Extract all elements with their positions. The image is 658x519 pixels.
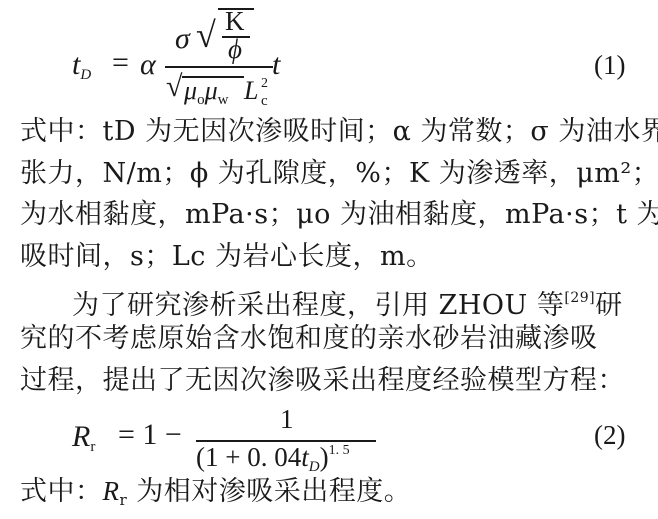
eq1-K: K: [225, 6, 245, 37]
eq1-L: L: [244, 76, 258, 106]
eq1-equals: =: [112, 46, 129, 80]
eq1-num-sqrt-icon: √: [196, 14, 216, 56]
eq2-number: (2): [594, 420, 625, 451]
eq2-lhs: Rr: [72, 420, 95, 456]
eq1-lhs: tD: [72, 48, 91, 84]
eq2-denominator: (1 + 0. 04tD)1. 5: [196, 442, 350, 476]
paragraph-line-2: 究的不考虑原始含水饱和度的亲水砂岩油藏渗吸: [20, 322, 640, 356]
paragraph-line-3: 过程，提出了无因次渗吸采出程度经验模型方程：: [20, 364, 640, 398]
definitions1-line-2: 张力，N/m；ϕ 为孔隙度，%；K 为渗透率，μm²；μw: [20, 157, 640, 191]
definitions1-line-1: 式中：tD 为无因次渗吸时间；α 为常数；σ 为油水界面: [20, 115, 640, 149]
eq1-L-sub: c: [261, 93, 268, 110]
eq1-phi: ϕ: [228, 34, 242, 65]
eq1-mu-o: μoμw: [184, 76, 228, 109]
definitions1-line-4: 吸时间，s；Lc 为岩心长度，m。: [20, 240, 640, 274]
definitions2-line: 式中：Rr 为相对渗吸采出程度。: [20, 474, 640, 517]
eq1-trailing-t: t: [272, 48, 280, 82]
definitions1-line-3: 为水相黏度，mPa·s；μo 为油相黏度，mPa·s；t 为渗: [20, 198, 640, 232]
eq1-L-sup: 2: [261, 76, 268, 92]
eq1-fraction-bar: [165, 66, 273, 68]
eq1-sigma: σ: [175, 22, 190, 56]
paragraph-line-1: 为了研究渗析采出程度，引用 ZHOU 等[29]研: [72, 281, 642, 323]
eq1-number: (1): [594, 50, 625, 81]
eq2-rhs-prefix: = 1 −: [118, 418, 182, 452]
eq2-numerator: 1: [280, 404, 294, 435]
citation[interactable]: [29]: [564, 290, 595, 306]
eq1-den-sqrt-icon: √: [166, 70, 182, 104]
eq1-alpha: α: [140, 48, 156, 82]
